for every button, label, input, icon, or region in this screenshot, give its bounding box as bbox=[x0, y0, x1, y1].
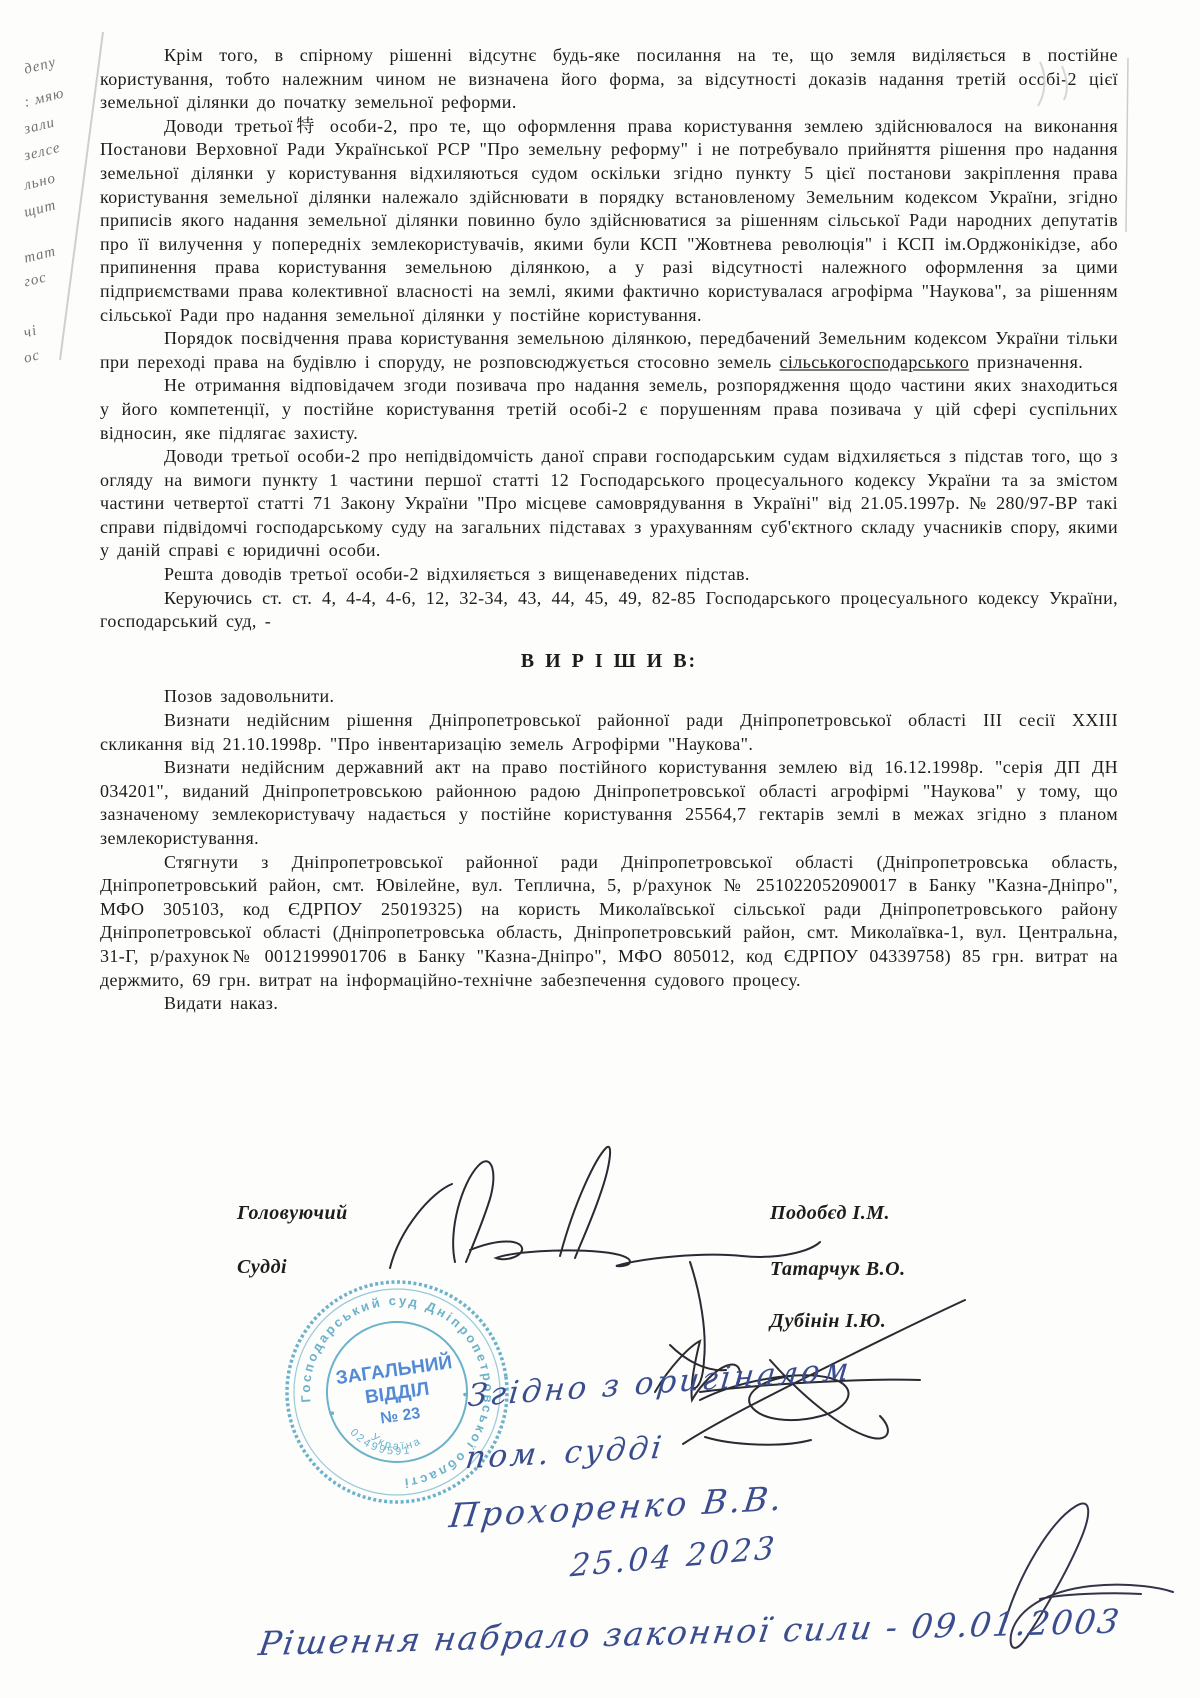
signature-stroke-presiding bbox=[390, 1147, 820, 1268]
page-edge-artifact bbox=[60, 32, 103, 360]
court-decision-page: депу: мяюзализелсельнощиттатгосчіос Крім… bbox=[0, 0, 1200, 1698]
scan-line-artifact bbox=[1126, 58, 1128, 232]
scan-smudge-artifact bbox=[1038, 62, 1067, 106]
stamp-center-line3: № 23 bbox=[379, 1405, 421, 1427]
